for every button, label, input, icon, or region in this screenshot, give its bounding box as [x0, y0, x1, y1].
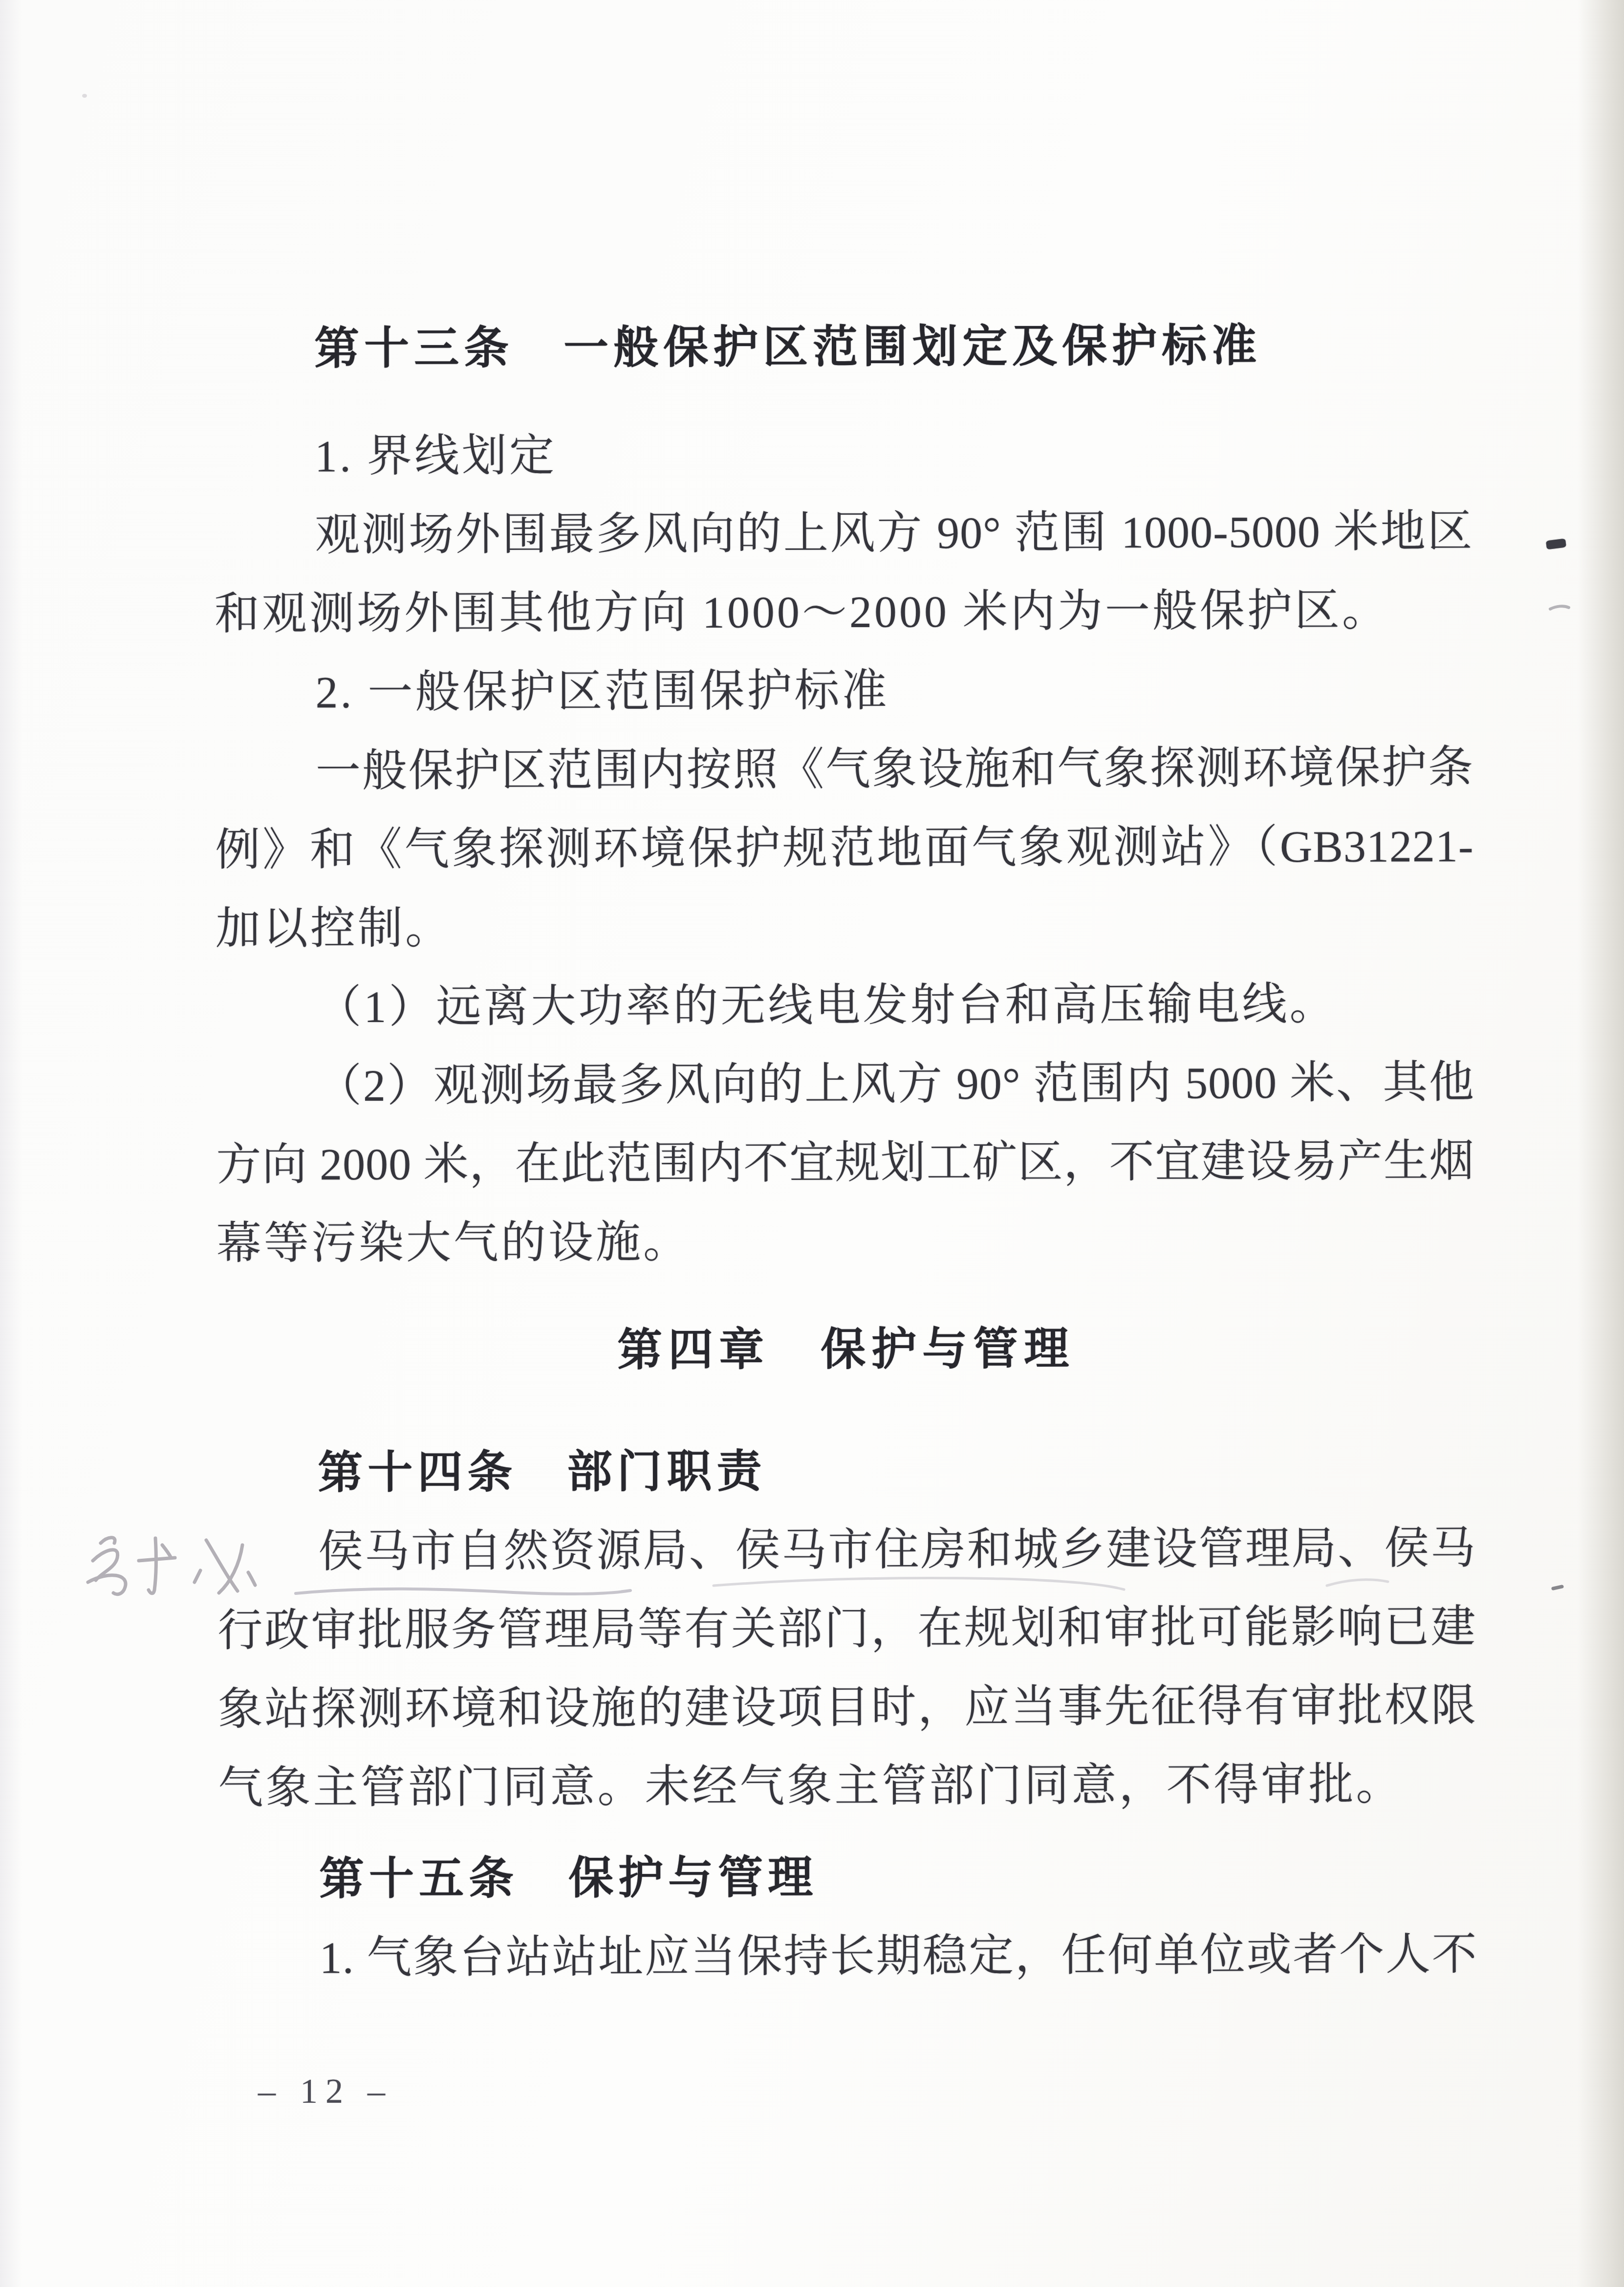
- text-line-departments: 侯马市自然资源局、侯马市住房和城乡建设管理局、侯马市: [217, 1509, 1476, 1591]
- text-line-boundary-item: 1. 界线划定: [214, 414, 1472, 496]
- text-line: 一般保护区范围内按照《气象设施和气象探测环境保护条: [215, 728, 1473, 811]
- scanned-page-background: { "content": { "lines": [ {"text": "第十三条…: [0, 0, 1624, 2287]
- text-line: 幕等污染大气的设施。: [217, 1200, 1475, 1283]
- text-line: 和观测场外围其他方向 1000～2000 米内为一般保护区。: [215, 571, 1473, 653]
- text-line-point-1: （1）远离大功率的无线电发射台和高压输电线。: [216, 964, 1474, 1047]
- scan-edge-left-shade: [0, 0, 22, 2287]
- page-number: – 12 –: [258, 2071, 393, 2111]
- text-line: 象站探测环境和设施的建设项目时，应当事先征得有审批权限的: [218, 1666, 1476, 1749]
- text-line-standard-item: 2. 一般保护区范围保护标准: [215, 650, 1473, 732]
- scan-edge-right-shade: [1578, 0, 1624, 2287]
- article-14-heading: 第十四条 部门职责: [217, 1430, 1475, 1513]
- text-line-gb-standard: 例》和《气象探测环境保护规范地面气象观测站》（GB31221-2014）: [215, 807, 1473, 890]
- ink-mark: [1546, 539, 1566, 550]
- text-line-point-2: （2）观测场最多风向的上风方 90° 范围内 5000 米、其他: [216, 1043, 1474, 1126]
- document-text-block: 第十三条 一般保护区范围划定及保护标准 1. 界线划定 观测场外围最多风向的上风…: [213, 0, 1477, 1998]
- text-line: 加以控制。: [216, 886, 1474, 968]
- chapter-4-heading: 第四章 保护与管理: [217, 1308, 1475, 1391]
- text-line: 气象主管部门同意。未经气象主管部门同意，不得审批。: [218, 1745, 1476, 1828]
- text-line: 方向 2000 米，在此范围内不宜规划工矿区，不宜建设易产生烟: [216, 1122, 1474, 1204]
- scan-speck: [82, 94, 87, 98]
- article-13-heading: 第十三条 一般保护区范围划定及保护标准: [214, 306, 1472, 389]
- text-line: 1. 气象台站站址应当保持长期稳定，任何单位或者个人不得: [218, 1915, 1477, 1998]
- text-line: 行政审批服务管理局等有关部门，在规划和审批可能影响已建气: [217, 1588, 1476, 1670]
- text-line: 观测场外围最多风向的上风方 90° 范围 1000-5000 米地区: [214, 492, 1472, 575]
- article-15-heading: 第十五条 保护与管理: [218, 1836, 1477, 1919]
